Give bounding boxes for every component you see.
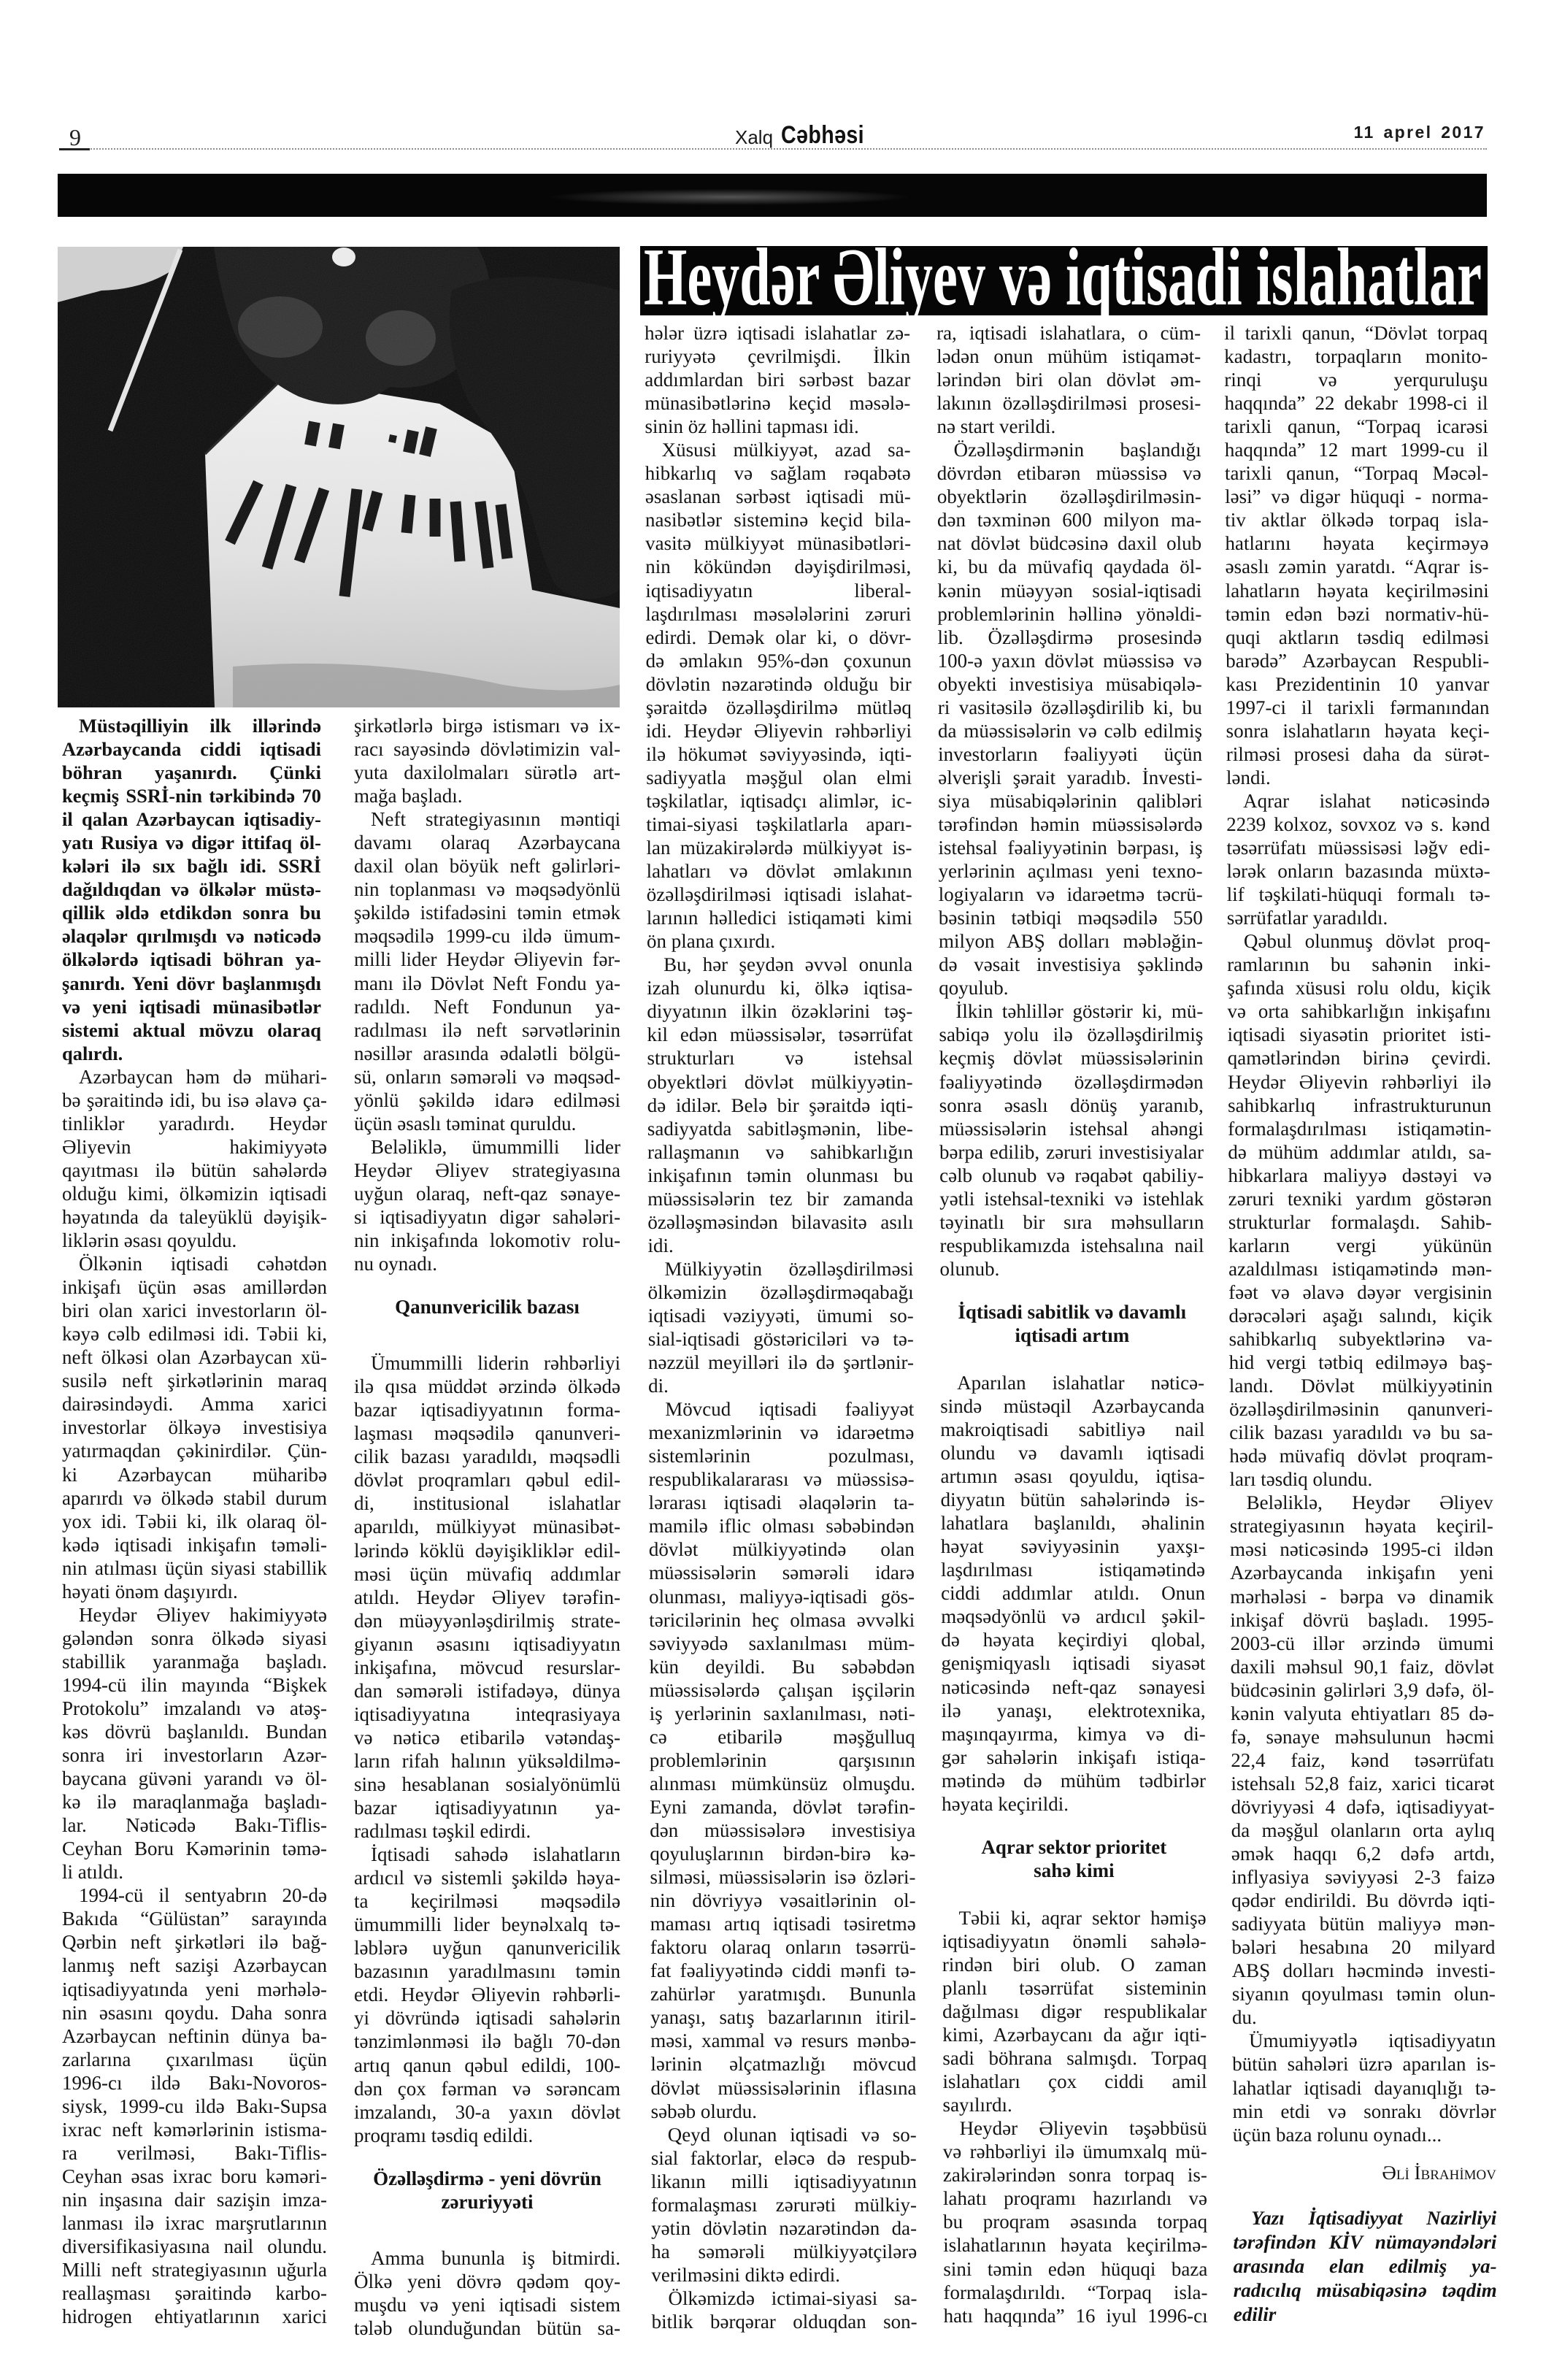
text-line: təricilərinin heç olmasa əvvəlki <box>649 1608 915 1632</box>
text-line: larının həlledici istiqaməti kimi <box>647 906 912 929</box>
text-line: iqtisadiyyatında yeni mərhələ- <box>62 1978 327 2001</box>
newspaper-page: 9 Xalq Cəbhəsi 11 aprel 2017 <box>0 0 1554 2380</box>
text-line: istehsalı 52,8 faiz, xarici ticarət <box>1231 1772 1494 1795</box>
text-line: problemlərinin həllinə yönəldi- <box>937 602 1201 626</box>
text-line: radıcılıq müsabiqəsinə təqdim <box>1234 2279 1497 2303</box>
text-line: üçün əsaslı təminat quruldu. <box>354 1112 620 1135</box>
text-line: inkişafına, mövcud resurslar- <box>354 1656 620 1679</box>
text-line: qamətlərindən birinə çevirdi. <box>1228 1046 1491 1070</box>
text-line: inkişafı üçün əsas amillərdən <box>62 1275 327 1299</box>
text-line: sabiqə yolu ilə özəlləşdirilmiş <box>939 1023 1203 1046</box>
paragraph: Beləliklə, Heydər Əliyevstrategiyasının … <box>1230 1491 1496 2029</box>
text-line: nin əsasını qoydu. Daha sonra <box>62 2001 327 2024</box>
text-line: şəkildə istifadəsini təmin etmək <box>354 901 620 924</box>
text-line: hid vergi tətbiq edilməyə baş- <box>1229 1351 1493 1374</box>
text-line: ölkəmizin özəlləşdirməqabağı <box>648 1281 914 1304</box>
paragraph: İlkin təhlillər göstərir ki, mü-sabiqə y… <box>939 999 1204 1281</box>
text-line: islahatları çox ciddi amil <box>942 2070 1207 2093</box>
text-line: kası Prezidentinin 10 yanvar <box>1226 672 1489 696</box>
text-line: və orta sahibkarlığın inkişafını <box>1227 999 1490 1023</box>
text-line: iqtisadi siyasətin prioritet isti- <box>1228 1023 1491 1046</box>
text-line: kəyə cəlb edilməsi idi. Təbii ki, <box>62 1322 327 1346</box>
text-line: dövriyyəsi 4 dəfə, iqtisadiyyat- <box>1231 1795 1495 1819</box>
paragraph: Aqrar islahat nəticəsində2239 kolxoz, so… <box>1226 789 1490 929</box>
text-line: tarixli qanun, “Torpaq icarəsi <box>1225 415 1488 438</box>
text-line: Heydər Əliyev hakimiyyətə <box>62 1603 327 1627</box>
text-line: di, institusional islahatlar <box>354 1492 620 1515</box>
text-line: 1997-ci il tarixli fərmanından <box>1226 696 1489 719</box>
text-line: milli lider Heydər Əliyevin fər- <box>354 948 620 971</box>
section-banner <box>58 174 1487 217</box>
paragraph: Mülkiyyətin özəlləşdirilməsiölkəmizin öz… <box>647 1257 914 1397</box>
text-line: Ümummilli liderin rəhbərliyi <box>354 1351 620 1375</box>
text-line: mexanizmlərinin və idarəetmə <box>648 1421 914 1444</box>
text-line: qoyulub. <box>939 976 1203 999</box>
text-line: ölkələrdə iqtisadi böhran ya- <box>62 948 321 971</box>
text-line: üçün baza rolunu oynadı... <box>1233 2123 1496 2146</box>
paragraph: Beləliklə, ümummilli liderHeydər Əliyev … <box>354 1135 620 1275</box>
paragraph: Təbii ki, aqrar sektor həmişəiqtisadiyya… <box>942 1906 1207 2116</box>
text-line: ümummilli lider beynəlxalq tə- <box>354 1913 620 1936</box>
text-line: respublikalararası və müəssisə- <box>648 1467 914 1491</box>
text-line: Ölkəmizdə ictimai-siyasi sa- <box>651 2287 917 2310</box>
text-line: Ceyhan əsas ixrac boru kəməri- <box>62 2165 327 2188</box>
text-line: Özəlləşdirmənin başlandığı <box>937 438 1201 461</box>
text-line: sial faktorlar, eləcə də respub- <box>651 2146 917 2170</box>
text-line: kənin müəyyən sosial-iqtisadi <box>937 579 1201 602</box>
text-line: quqi aktların təsdiq edilməsi <box>1226 626 1489 649</box>
text-line: bə şəraitində idi, bu isə əlavə ça- <box>62 1089 327 1112</box>
text-line: ilə hökumət səviyyəsində, iqti- <box>646 742 912 766</box>
text-line: hidrogen ehtiyatlarının xarici <box>62 2305 327 2328</box>
text-line: İlkin təhlillər göstərir ki, mü- <box>939 999 1203 1023</box>
text-line: kənin valyuta ehtiyatları 85 də- <box>1231 1702 1494 1725</box>
text-line: lib. Özəlləşdirmə prosesində <box>937 626 1201 649</box>
text-line: laşdırılması məsələlərini zəruri <box>645 602 911 626</box>
text-line: ha səmərəli mülkiyyətçilərə <box>651 2240 917 2263</box>
text-line: iqtisadi vəziyyəti, ümumi so- <box>648 1304 914 1327</box>
paragraph: Amma bununla iş bitmirdi.Ölkə yeni dövrə… <box>354 2246 620 2340</box>
text-line: Azərbaycan neftinin dünya ba- <box>62 2024 327 2048</box>
photo-caption: Müstəqilliyin ilk illərindəAzərbaycanda … <box>62 714 321 1065</box>
text-line: lərindən biri olan dövlət əm- <box>936 368 1201 391</box>
text-line: bazasının yaradılmasını təmin <box>354 1959 620 1983</box>
text-line: lərinin əlçatmazlığı mövcud <box>650 2052 916 2076</box>
paragraph: Bu, hər şeydən əvvəl onunlaizah olunurdu… <box>647 953 913 1257</box>
text-line: əsaslı zəmin yaratdı. “Aqrar is- <box>1226 555 1489 578</box>
text-line: qoyuluşlarının birdən-birə kə- <box>650 1842 915 1865</box>
text-line: cə etibarilə məşğulluq <box>650 1725 915 1748</box>
text-line: respublikamızda istehsalına nail <box>939 1234 1204 1257</box>
text-line: bələri hesabına 20 milyard <box>1231 1935 1495 1959</box>
paragraph: şirkətlərlə birgə istismarı və ix-racı s… <box>354 714 620 807</box>
text-line: yönlü şəkildə idarə edilməsi <box>354 1089 620 1112</box>
text-line: planlı təsərrüfat sisteminin <box>942 1976 1207 2000</box>
text-line: dövlət proqramları qəbul edil- <box>354 1468 620 1492</box>
text-line: ön plana çıxırdı. <box>647 929 912 953</box>
text-line: hələr üzrə iqtisadi islahatlar zə- <box>645 321 910 345</box>
article-photo <box>58 247 620 707</box>
text-line: yi dövründə iqtisadi sahələrin <box>354 2006 620 2030</box>
text-line: Qəbul olunmuş dövlət proq- <box>1227 929 1490 953</box>
text-line: yuta daxilolmaları sürətlə art- <box>354 761 620 784</box>
text-line: münasibətlərinə keçid məsələ- <box>645 391 910 415</box>
text-line: davamı olaraq Azərbaycana <box>354 831 620 854</box>
text-line: kəs dövrü başlanıldı. Bundan <box>62 1720 327 1743</box>
text-line: strategiyasının həyata keçiril- <box>1230 1514 1493 1538</box>
text-line: racı sayəsində dövlətimizin val- <box>354 737 620 761</box>
text-line: Beləliklə, Heydər Əliyev <box>1230 1491 1493 1514</box>
text-line: likanın milli iqtisadiyyatının <box>651 2170 917 2193</box>
text-line: obyektləri dövlət mülkiyyətin- <box>647 1070 913 1094</box>
text-line: ciddi addımlar atıldı. Onun <box>941 1581 1205 1605</box>
article-title: Heydər Əliyev və iqtisadi islahatlar <box>644 246 1482 315</box>
paragraph: Azərbaycan həm də mühari-bə şəraitində i… <box>62 1065 327 1252</box>
text-line: idi. Heydər Əliyevin rəhbərliyi <box>646 719 912 742</box>
text-line: Heydər Əliyev strategiyasına <box>354 1159 620 1182</box>
text-line: ardıcıl və sistemli şəkildə həya- <box>354 1866 620 1889</box>
text-line: olunub. <box>939 1257 1204 1281</box>
text-line: investorların fəaliyyəti üçün <box>938 742 1202 766</box>
text-line: uyğun olaraq, neft-qaz sənaye- <box>354 1182 620 1205</box>
text-line: və yeni iqtisadi münasibətlər <box>62 995 321 1018</box>
text-line: hatlarını həyata keçirməyə <box>1225 531 1488 555</box>
text-line: azaldılması istiqamətində mən- <box>1228 1257 1492 1281</box>
text-line: li atıldı. <box>62 1860 327 1884</box>
text-line: sadiyyata bütün maliyyə mən- <box>1231 1912 1495 1935</box>
text-line: yerlərinin açılması yeni texno- <box>939 859 1203 883</box>
text-line: diversifikasiyasına nail olundu. <box>62 2235 327 2258</box>
text-line: dağılması digər respublikalar <box>942 2000 1207 2023</box>
text-line: məqsədyönlü və ardıcıl şəkil- <box>941 1605 1205 1628</box>
author-signature: Əli İbrahimov <box>1233 2161 1496 2184</box>
text-line: və rəhbərliyi ilə ümumxalq mü- <box>943 2140 1207 2163</box>
text-line: dan səmərəli istifadəyə, dünya <box>354 1679 620 1703</box>
text-line: sahibkarlıq subyektlərinə va- <box>1228 1327 1492 1351</box>
text-line: obyekti investisiya müsabiqələ- <box>938 672 1202 696</box>
text-line: faktoru olaraq onların təsərrü- <box>650 1935 916 1959</box>
text-line: Heydər Əliyevin rəhbərliyi ilə <box>1228 1070 1491 1094</box>
text-line: milyon ABŞ dolları məbləğin- <box>939 929 1203 953</box>
editorial-note: Yazı İqtisadiyyat Nazirliyitərəfindən Kİ… <box>1233 2206 1497 2327</box>
text-line: dairəsindəydi. Amma xarici <box>62 1392 327 1416</box>
text-line: Azərbaycan həm də mühari- <box>62 1065 327 1089</box>
text-line: Qanunvericilik bazası <box>354 1295 620 1318</box>
paragraph: Neft strategiyasının məntiqidavamı olara… <box>354 807 620 1135</box>
text-line: bərpa edilib, zəruri investisiyalar <box>939 1140 1204 1164</box>
text-line: karların vergi yükünün <box>1228 1234 1492 1257</box>
subheading: Özəlləşdirmə - yeni dövrünzəruriyyəti <box>354 2167 620 2214</box>
text-line: həyat səviyyəsinin yaxşı- <box>941 1535 1205 1558</box>
text-line: lif təşkilati-hüquqi formalı tə- <box>1227 883 1490 906</box>
text-line: sadi böhrana salmışdı. Torpaq <box>942 2046 1207 2070</box>
text-line: sayılırdı. <box>942 2093 1207 2116</box>
text-line: sonra əsaslı dönüş yaranıb, <box>939 1094 1204 1117</box>
text-line: aparıldı, mülkiyyət münasibət- <box>354 1515 620 1538</box>
text-line: nin atılması üçün siyasi stabillik <box>62 1556 327 1580</box>
text-line: lədən onun mühüm istiqamət- <box>936 345 1201 368</box>
text-line: dağıldıqdan və ölkələr müstə- <box>62 878 321 901</box>
text-line: Bakıda “Gülüstan” sarayında <box>62 1907 327 1930</box>
subheading: Qanunvericilik bazası <box>354 1295 620 1318</box>
text-line: dərəcələri aşağı salındı, kiçik <box>1228 1304 1492 1327</box>
text-line: nin inkişafında lokomotiv rolu- <box>354 1229 620 1252</box>
newspaper-name-main: Cəbhəsi <box>781 123 864 147</box>
text-line: kələri ilə sıx bağlı idi. SSRİ <box>62 854 321 878</box>
text-line: mətində də mühüm tədbirlər <box>942 1769 1206 1792</box>
text-line: diyyatının ilkin özəklərini təş- <box>647 999 912 1023</box>
text-line: iqtisadiyyatın liberal- <box>645 579 911 602</box>
text-line: susilə neft şirkətlərinin maraq <box>62 1369 327 1392</box>
photo-hands-pen-bar-chart-icon <box>58 247 620 707</box>
text-line: problemlərinin qarşısının <box>650 1748 915 1772</box>
text-line: təşkilatlar, iqtisadçı alimlər, ic- <box>646 789 912 813</box>
text-line: də vəsait investisiya şəklində <box>939 953 1203 976</box>
text-line: il tarixli qanun, “Dövlət torpaq <box>1224 321 1488 345</box>
text-line: edirdi. Demək olar ki, o dövr- <box>645 626 911 649</box>
text-line: gələndən sonra ölkədə siyasi <box>62 1627 327 1650</box>
paragraph: Qəbul olunmuş dövlət proq-ramlarının bu … <box>1227 929 1493 1491</box>
text-line: arasında elan edilmiş ya- <box>1233 2254 1496 2279</box>
text-line: sinin öz həllini tapması idi. <box>645 415 910 438</box>
text-line: bazar iqtisadiyyatının forma- <box>354 1398 620 1421</box>
text-line: lərək onların bazasında müxtə- <box>1226 859 1490 883</box>
paragraph: Xüsusi mülkiyyət, azad sa-hibkarlıq və s… <box>645 438 912 953</box>
text-line: nin kökündən dəyişdirilməsi, <box>645 555 911 578</box>
text-line: haqqında” 22 dekabr 1998-ci il <box>1224 391 1488 415</box>
text-line: artıq qanun qəbul edildi, 100- <box>354 2054 620 2077</box>
text-line: Aparılan islahatlar nəticə- <box>940 1371 1204 1394</box>
text-line: şirkətlərlə birgə istismarı və ix- <box>354 714 620 737</box>
text-line: ların rifah halının yüksəldilmə- <box>354 1749 620 1773</box>
text-line: formalaşdırıldı. “Torpaq isla- <box>943 2281 1207 2304</box>
text-line: bitlik bərqərar olduqdan son- <box>652 2310 918 2333</box>
text-line: əlverişli şərait yaradıb. İnvesti- <box>938 766 1202 789</box>
text-line: ləblərə uyğun qanunvericilik <box>354 1936 620 1959</box>
text-line: zakirələrindən sonra torpaq is- <box>943 2163 1207 2187</box>
paragraph: Ümummilli liderin rəhbərliyiilə qısa müd… <box>354 1351 620 1843</box>
text-line: Ölkənin iqtisadi cəhətdən <box>62 1252 327 1275</box>
text-line: baycana güvəni yarandı və öl- <box>62 1767 327 1790</box>
text-line: bazar iqtisadiyyatının ya- <box>354 1796 620 1819</box>
text-line: inflyasiya səviyyəsi 2-3 faizə <box>1231 1865 1495 1889</box>
text-line: hibkarlara maliyyə dəstəyi və <box>1228 1164 1491 1187</box>
text-line: daxil olan böyük neft gəlirləri- <box>354 854 620 878</box>
text-line: nu oynadı. <box>354 1252 620 1275</box>
text-line: 1994-cü ilin mayında “Bişkek <box>62 1673 327 1697</box>
text-line: Aqrar islahat nəticəsində <box>1226 789 1490 813</box>
text-line: Eyni zamanda, dövlət tərəfin- <box>650 1795 915 1819</box>
text-line: olundu və davamlı iqtisadi <box>940 1441 1204 1465</box>
text-line: cilik bazası yaradıldı və bu sa- <box>1229 1421 1493 1444</box>
text-line: reallaşması şəraitində karbo- <box>62 2281 327 2305</box>
text-line: mərhələsi - bərpa və dinamik <box>1230 1585 1493 1608</box>
text-line: keçmiş dövlət müəssisələrinin <box>939 1046 1203 1070</box>
text-line: lərində köklü dəyişikliklər edil- <box>354 1539 620 1562</box>
text-line: strukturları və istehsal <box>647 1046 912 1070</box>
text-line: Milli neft strategiyasının uğurla <box>62 2258 327 2281</box>
text-line: etdi. Heydər Əliyevin rəhbərli- <box>354 1983 620 2006</box>
paragraph: Heydər Əliyev hakimiyyətəgələndən sonra … <box>62 1603 327 1884</box>
text-line: lanmış neft sazişi Azərbaycan <box>62 1954 327 1977</box>
text-line: dövlət mülkiyyətində olan <box>649 1538 915 1561</box>
text-line: il qalan Azərbaycan iqtisadiy- <box>62 807 321 831</box>
text-line: Beləliklə, ümummilli lider <box>354 1135 620 1159</box>
text-line: 100-ə yaxın dövlət müəssisə və <box>938 649 1202 672</box>
text-line: İqtisadi sabitlik və davamlı <box>940 1300 1204 1324</box>
text-line: Azərbaycanda inkişafın yeni <box>1230 1561 1493 1584</box>
text-line: lahatların həyata keçirilməsini <box>1226 579 1489 602</box>
text-line: Müstəqilliyin ilk illərində <box>62 714 321 737</box>
text-line: müəssisələrin istehsal ahəngi <box>939 1117 1204 1140</box>
text-line: yətin dövlətin nəzarətindən da- <box>651 2216 917 2240</box>
text-line: giyanın əsasını iqtisadiyyatın <box>354 1632 620 1656</box>
text-line: lahatı proqramı hazırlandı və <box>943 2187 1207 2210</box>
text-line: artımın əsası qoyuldu, iqtisa- <box>940 1465 1204 1488</box>
text-line: bütün sahələri üzrə aparılan is- <box>1232 2052 1496 2076</box>
text-line: tənzimlənməsi ilə bağlı 70-dən <box>354 2030 620 2053</box>
text-line: 1994-cü il sentyabrın 20-də <box>62 1884 327 1907</box>
text-line: sadiyyatda sabitləşmənin, libe- <box>647 1117 913 1140</box>
text-line: yox idi. Təbii ki, ilk olaraq öl- <box>62 1510 327 1533</box>
text-line: strukturlar formalaşdı. Sahib- <box>1228 1210 1492 1234</box>
article-column-4: ra, iqtisadi islahatlara, o cüm-lədən on… <box>936 321 1208 2327</box>
text-line: Azərbaycanda ciddi iqtisadi <box>62 737 321 761</box>
text-line: min etdi və sonrakı dövrlər <box>1232 2100 1496 2123</box>
text-line: zarlarına çıxarılması üçün <box>62 2048 327 2071</box>
text-line: kün deyildi. Bu səbəbdən <box>649 1655 915 1678</box>
text-line: müəssisələrdə çalışan işçilərin <box>649 1678 915 1702</box>
text-line: hədə müvafiq dövlət proqram- <box>1229 1444 1493 1467</box>
article-title-band: Heydər Əliyev və iqtisadi islahatlar <box>640 246 1488 315</box>
text-line: maşınqayırma, kimya və di- <box>942 1722 1206 1746</box>
text-line: proqramı təsdiq edildi. <box>354 2124 620 2147</box>
text-line: lan müzakirələrdə mülkiyyət is- <box>646 836 912 859</box>
text-line: Qərbin neft şirkətləri ilə bağ- <box>62 1930 327 1954</box>
text-line: təyinatlı bir sıra məhsulların <box>939 1210 1204 1234</box>
text-line: logiyaların və idarəetmə təcrü- <box>939 883 1203 906</box>
text-line: də idilər. Belə bir şəraitdə iqti- <box>647 1094 913 1117</box>
text-line: siysk, 1999-cu ildə Bakı-Supsa <box>62 2095 327 2118</box>
text-line: keçmiş SSRİ-nin tərkibində 70 <box>62 784 321 807</box>
text-line: siyanın qoyulması təmin olun- <box>1232 1982 1496 2005</box>
text-line: 1996-cı ildə Bakı-Novoros- <box>62 2071 327 2095</box>
text-line: ları təsdiq olundu. <box>1229 1467 1493 1491</box>
paragraph: Heydər Əliyevin təşəbbüsüvə rəhbərliyi i… <box>943 2116 1208 2327</box>
header-rule <box>59 148 1487 150</box>
paragraph: 1994-cü il sentyabrın 20-dəBakıda “Gülüs… <box>62 1884 327 2328</box>
text-line: gər sahələrin inkişafı istiqa- <box>942 1746 1206 1769</box>
text-line: siya müsabiqələrinin qalibləri <box>938 789 1202 813</box>
text-line: lanması ilə ixrac marşrutlarının <box>62 2211 327 2235</box>
text-line: tiv aktlar ölkədə torpaq isla- <box>1225 508 1488 531</box>
text-line: və nəticə etibarilə vətəndaş- <box>354 1726 620 1749</box>
text-line: nəticəsində neft-qaz sənayesi <box>941 1675 1205 1699</box>
text-line: investorlar ölkəyə investisiya <box>62 1416 327 1439</box>
text-line: Təbii ki, aqrar sektor həmişə <box>942 1906 1207 1930</box>
text-line: dən müəssisələrə investisiya <box>650 1819 915 1842</box>
text-line: kadastrı, torpaqların monito- <box>1224 345 1488 368</box>
text-line: fəaliyyətində özəlləşdirmədən <box>939 1070 1204 1094</box>
text-line: radılması təşkil edirdi. <box>354 1819 620 1843</box>
paragraph: hələr üzrə iqtisadi islahatlar zə-ruriyy… <box>645 321 911 438</box>
text-line: imzalandı, 30-a yaxın dövlət <box>354 2100 620 2124</box>
text-line: də əmlakın 95%-dən çoxunun <box>646 649 912 672</box>
text-line: aparırdı və ölkədə stabil durum <box>62 1486 327 1510</box>
text-line: Mövcud iqtisadi fəaliyyət <box>648 1397 914 1421</box>
text-line: addımlardan biri sərbəst bazar <box>645 368 910 391</box>
text-line: nəsillər arasında ədalətli bölgü- <box>354 1042 620 1065</box>
text-line: ləsi” və digər hüquqi - norma- <box>1225 485 1488 508</box>
text-line: kədə iqtisadi inkişafın təməli- <box>62 1533 327 1556</box>
text-line: ki Azərbaycan müharibə <box>62 1463 327 1486</box>
text-line: verilməsini diktə edirdi. <box>651 2263 917 2287</box>
text-line: ra, iqtisadi islahatlara, o cüm- <box>936 321 1201 345</box>
paragraph: ra, iqtisadi islahatlara, o cüm-lədən on… <box>936 321 1201 438</box>
text-line: Ümumiyyətlə iqtisadiyyatın <box>1232 2029 1496 2052</box>
text-line: lahatlar iqtisadi dayanıqlığı tə- <box>1232 2076 1496 2100</box>
text-line: olunması, maliyyə-iqtisadi gös- <box>649 1585 915 1608</box>
text-line: fəət və əlavə dəyər vergisinin <box>1228 1281 1492 1304</box>
text-line: əlaqələr qırılmışdı və nəticədə <box>62 924 321 948</box>
text-line: də mühüm addımlar atıldı, sa- <box>1228 1140 1491 1164</box>
text-line: Əliyevin hakimiyyətə <box>62 1135 327 1159</box>
text-line: səbəb olurdu. <box>651 2100 917 2123</box>
text-line: lahatları və dövlət əmlakının <box>647 859 912 883</box>
text-line: təmin edən bəzi normativ-hü- <box>1226 602 1489 626</box>
text-line: ləndi. <box>1226 766 1490 789</box>
article-column-1: Müstəqilliyin ilk illərindəAzərbaycanda … <box>62 714 327 2328</box>
text-line: iqtisadi artım <box>940 1324 1204 1347</box>
text-line: da müəssisələrin və cəlb edilmiş <box>938 719 1202 742</box>
text-line: nat dövlət büdcəsinə daxil olub <box>937 531 1201 555</box>
text-line: sadiyyatla məşğul olan elmi <box>646 766 912 789</box>
text-line: dən təxminən 600 milyon ma- <box>937 508 1201 531</box>
text-line: zəruri texniki yardım göstərən <box>1228 1187 1492 1210</box>
paragraph: Ölkənin iqtisadi cəhətdəninkişafı üçün ə… <box>62 1252 327 1603</box>
text-line: stabillik yaranmağa başladı. <box>62 1650 327 1673</box>
text-line: Ölkə yeni dövrə qədəm qoy- <box>354 2270 620 2293</box>
text-line: Neft strategiyasının məntiqi <box>354 807 620 831</box>
text-line: alınması mümkünsüz olmuşdu. <box>650 1772 915 1795</box>
text-line: nin inşasına dair sazişin imza- <box>62 2188 327 2211</box>
text-line: Heydər Əliyevin təşəbbüsü <box>943 2116 1207 2140</box>
text-line: izah olunurdu ki, ölkə iqtisa- <box>647 976 912 999</box>
text-line: tarixli qanun, “Torpaq Məcəl- <box>1225 461 1488 485</box>
text-line: əsaslanan sərbəst iqtisadi mü- <box>645 485 911 508</box>
text-line: iqtisadiyyatına inteqrasiyaya <box>354 1703 620 1726</box>
text-line: sonra iri investorların Azər- <box>62 1743 327 1767</box>
article-column-3: hələr üzrə iqtisadi islahatlar zə-ruriyy… <box>645 321 918 2333</box>
text-line: tərəfindən həmin müəssisələrdə <box>938 813 1202 836</box>
text-line: 2003-cü illər ərzində ümumi <box>1230 1632 1493 1655</box>
text-line: barədə” Azərbaycan Respubli- <box>1226 649 1489 672</box>
text-line: inkişafının təmin olunması bu <box>647 1164 913 1187</box>
page-number: 9 <box>69 126 81 149</box>
text-line: haqqında” 12 mart 1999-cu il <box>1225 438 1488 461</box>
text-line: məsi üçün müvafiq addımlar <box>354 1562 620 1586</box>
text-line: islahatlarının həyata keçirilmə- <box>943 2233 1207 2257</box>
text-line: nə start verildi. <box>936 415 1201 438</box>
text-line: sü, onların səmərəli və məqsəd- <box>354 1065 620 1089</box>
article-column-2: şirkətlərlə birgə istismarı və ix-racı s… <box>354 714 620 2340</box>
subheading: İqtisadi sabitlik və davamlıiqtisadi art… <box>940 1300 1204 1347</box>
text-line: dövlətin nəzarətində olduğu bir <box>646 672 912 696</box>
text-line: dən müəyyənləşdirilmiş strate- <box>354 1609 620 1632</box>
text-line: şafında xüsusi rolu oldu, kiçik <box>1227 976 1490 999</box>
text-line: ilə qısa müddət ərzində ölkədə <box>354 1375 620 1398</box>
text-line: Qeyd olunan iqtisadi və so- <box>651 2123 917 2146</box>
